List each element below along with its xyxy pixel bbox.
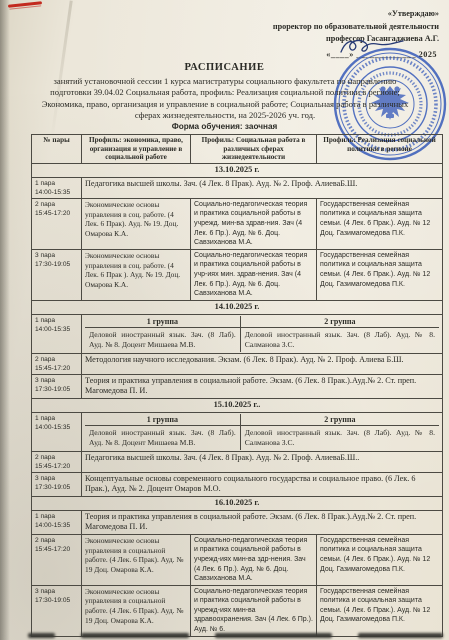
- pair-cell: 3 пара17:30-19:05: [32, 472, 82, 496]
- pair-time: 17:30-19:05: [35, 260, 78, 269]
- pair-cell: 2 пара15:45-17:20: [32, 198, 82, 249]
- pair-time: 15:45-17:20: [35, 545, 78, 554]
- lesson-row: 3 пара17:30-19:05Концептуальные основы с…: [32, 472, 443, 496]
- lesson-cell: Экономические основы управления в социал…: [82, 534, 191, 585]
- pair-number: 3 пара: [35, 587, 78, 596]
- lesson-cell-span: Теория и практика управления в социально…: [82, 510, 443, 534]
- pair-cell: 3 пара17:30-19:05: [32, 249, 82, 300]
- lesson-cell: Государственная семейная политика и соци…: [317, 534, 443, 585]
- groups-grid: 1 группа2 группаДеловой иностранный язык…: [85, 414, 439, 450]
- table-header-row: № пары Профиль: экономика, право, органи…: [32, 135, 443, 164]
- pair-time: 14:00-15:35: [35, 188, 78, 197]
- pair-cell: 1 пара14:00-15:35: [32, 510, 82, 534]
- pair-cell: 1 пара14:00-15:35: [32, 314, 82, 353]
- pair-number: 1 пара: [35, 316, 78, 325]
- scan-edge-shadow: [0, 0, 10, 640]
- lesson-row: 1 пара14:00-15:35Педагогика высшей школы…: [32, 177, 443, 198]
- lesson-cell-span: Концептуальные основы современного социа…: [82, 472, 443, 496]
- pair-number: 2 пара: [35, 200, 78, 209]
- pair-cell: 2 пара15:45-17:20: [32, 534, 82, 585]
- date-row: 15.10.2025 г..: [32, 398, 443, 412]
- lesson-cell: Государственная семейная политика и соци…: [317, 198, 443, 249]
- lesson-row: 3 пара17:30-19:05Экономические основы уп…: [32, 249, 443, 300]
- groups-cell: 1 группа2 группаДеловой иностранный язык…: [82, 412, 443, 451]
- education-form-line: Форма обучения: заочная: [0, 122, 449, 131]
- pair-time: 17:30-19:05: [35, 385, 78, 394]
- lesson-cell-span: Педагогика высшей школы. Зач. (4 Лек. 8 …: [82, 451, 443, 472]
- lesson-row: 1 пара14:00-15:35Теория и практика управ…: [32, 510, 443, 534]
- pair-cell: 2 пара15:45-17:20: [32, 451, 82, 472]
- lesson-cell-span: Теория и практика управления в социально…: [82, 374, 443, 398]
- pair-cell: 1 пара14:00-15:35: [32, 412, 82, 451]
- date-cell: 13.10.2025 г.: [32, 163, 443, 177]
- pair-time: 14:00-15:35: [35, 423, 78, 432]
- pair-number: 3 пара: [35, 474, 78, 483]
- pair-time: 17:30-19:05: [35, 483, 78, 492]
- pair-time: 15:45-17:20: [35, 209, 78, 218]
- date-cell: 16.10.2025 г.: [32, 496, 443, 510]
- lesson-row: 2 пара15:45-17:20Педагогика высшей школы…: [32, 451, 443, 472]
- lesson-cell: Экономические основы управления в соц. р…: [82, 249, 191, 300]
- group-header: 1 группа: [85, 414, 241, 426]
- document-title: РАСПИСАНИЕ: [0, 62, 449, 73]
- pair-number: 1 пара: [35, 414, 78, 423]
- pair-cell: 1 пара14:00-15:35: [32, 177, 82, 198]
- pair-cell: 2 пара15:45-17:20: [32, 353, 82, 374]
- header-profile-spheres: Профиль: Социальная работа в различных с…: [191, 135, 317, 164]
- schedule-table: № пары Профиль: экономика, право, органи…: [31, 134, 443, 637]
- approval-position: проректор по образовательной деятельност…: [273, 21, 439, 34]
- date-row: 14.10.2025 г.: [32, 300, 443, 314]
- header-pair-number: № пары: [32, 135, 82, 164]
- pair-time: 15:45-17:20: [35, 462, 78, 471]
- lesson-cell: Экономические основы управления в соц. р…: [82, 198, 191, 249]
- pair-number: 3 пара: [35, 376, 78, 385]
- lesson-cell: Экономические основы управления в социал…: [82, 585, 191, 636]
- date-row: 16.10.2025 г.: [32, 496, 443, 510]
- lesson-row: 2 пара15:45-17:20Методология научного ис…: [32, 353, 443, 374]
- lesson-row: 1 пара14:00-15:351 группа2 группаДеловой…: [32, 412, 443, 451]
- lesson-row: 2 пара15:45-17:20Экономические основы уп…: [32, 198, 443, 249]
- pair-number: 2 пара: [35, 355, 78, 364]
- header-profile-economics: Профиль: экономика, право, организация и…: [82, 135, 191, 164]
- pair-number: 2 пара: [35, 453, 78, 462]
- pair-number: 1 пара: [35, 179, 78, 188]
- header-profile-policy: Профиль: Реализация социальной политики …: [317, 135, 443, 164]
- lesson-row: 3 пара17:30-19:05Экономические основы уп…: [32, 585, 443, 636]
- document-subtitle: занятий установочной сессии 1 курса маги…: [36, 76, 414, 121]
- groups-cell: 1 группа2 группаДеловой иностранный язык…: [82, 314, 443, 353]
- cut-off-bottom-row: [28, 633, 443, 640]
- pair-time: 15:45-17:20: [35, 364, 78, 373]
- lesson-cell: Социально-педагогическая теория и практи…: [191, 534, 317, 585]
- approval-date-line: «____» _____________ 2025: [307, 50, 437, 59]
- pair-number: 2 пара: [35, 536, 78, 545]
- groups-grid: 1 группа2 группаДеловой иностранный язык…: [85, 316, 439, 352]
- lesson-row: 3 пара17:30-19:05Теория и практика управ…: [32, 374, 443, 398]
- group-lesson-cell: Деловой иностранный язык. Зач. (8 Лаб). …: [85, 426, 241, 450]
- red-pen-mark: [8, 1, 42, 8]
- lesson-cell-span: Методология научного исследования. Экзам…: [82, 353, 443, 374]
- pair-number: 3 пара: [35, 251, 78, 260]
- group-header: 2 группа: [241, 316, 439, 328]
- group-header: 1 группа: [85, 316, 241, 328]
- date-cell: 15.10.2025 г..: [32, 398, 443, 412]
- lesson-cell: Социально-педагогическая теория и практи…: [191, 249, 317, 300]
- approval-word: «Утверждаю»: [273, 8, 439, 21]
- lesson-cell-span: Педагогика высшей школы. Зач. (4 Лек. 8 …: [82, 177, 443, 198]
- group-lesson-cell: Деловой иностранный язык. Зач. (8 Лаб). …: [241, 328, 439, 352]
- group-header: 2 группа: [241, 414, 439, 426]
- pair-time: 14:00-15:35: [35, 325, 78, 334]
- group-lesson-cell: Деловой иностранный язык. Зач. (8 Лаб). …: [241, 426, 439, 450]
- pair-time: 17:30-19:05: [35, 596, 78, 605]
- lesson-cell: Социально-педагогическая теория и практи…: [191, 198, 317, 249]
- scanned-schedule-document: «Утверждаю» проректор по образовательной…: [0, 0, 449, 640]
- lesson-cell: Государственная семейная политика и соци…: [317, 585, 443, 636]
- pair-number: 1 пара: [35, 512, 78, 521]
- lesson-row: 1 пара14:00-15:351 группа2 группаДеловой…: [32, 314, 443, 353]
- lesson-cell: Государственная семейная политика и соци…: [317, 249, 443, 300]
- pair-cell: 3 пара17:30-19:05: [32, 585, 82, 636]
- group-lesson-cell: Деловой иностранный язык. Зач. (8 Лаб). …: [85, 328, 241, 352]
- pair-cell: 3 пара17:30-19:05: [32, 374, 82, 398]
- lesson-row: 2 пара15:45-17:20Экономические основы уп…: [32, 534, 443, 585]
- date-row: 13.10.2025 г.: [32, 163, 443, 177]
- pair-time: 14:00-15:35: [35, 521, 78, 530]
- lesson-cell: Социально-педагогическая теория и практи…: [191, 585, 317, 636]
- date-cell: 14.10.2025 г.: [32, 300, 443, 314]
